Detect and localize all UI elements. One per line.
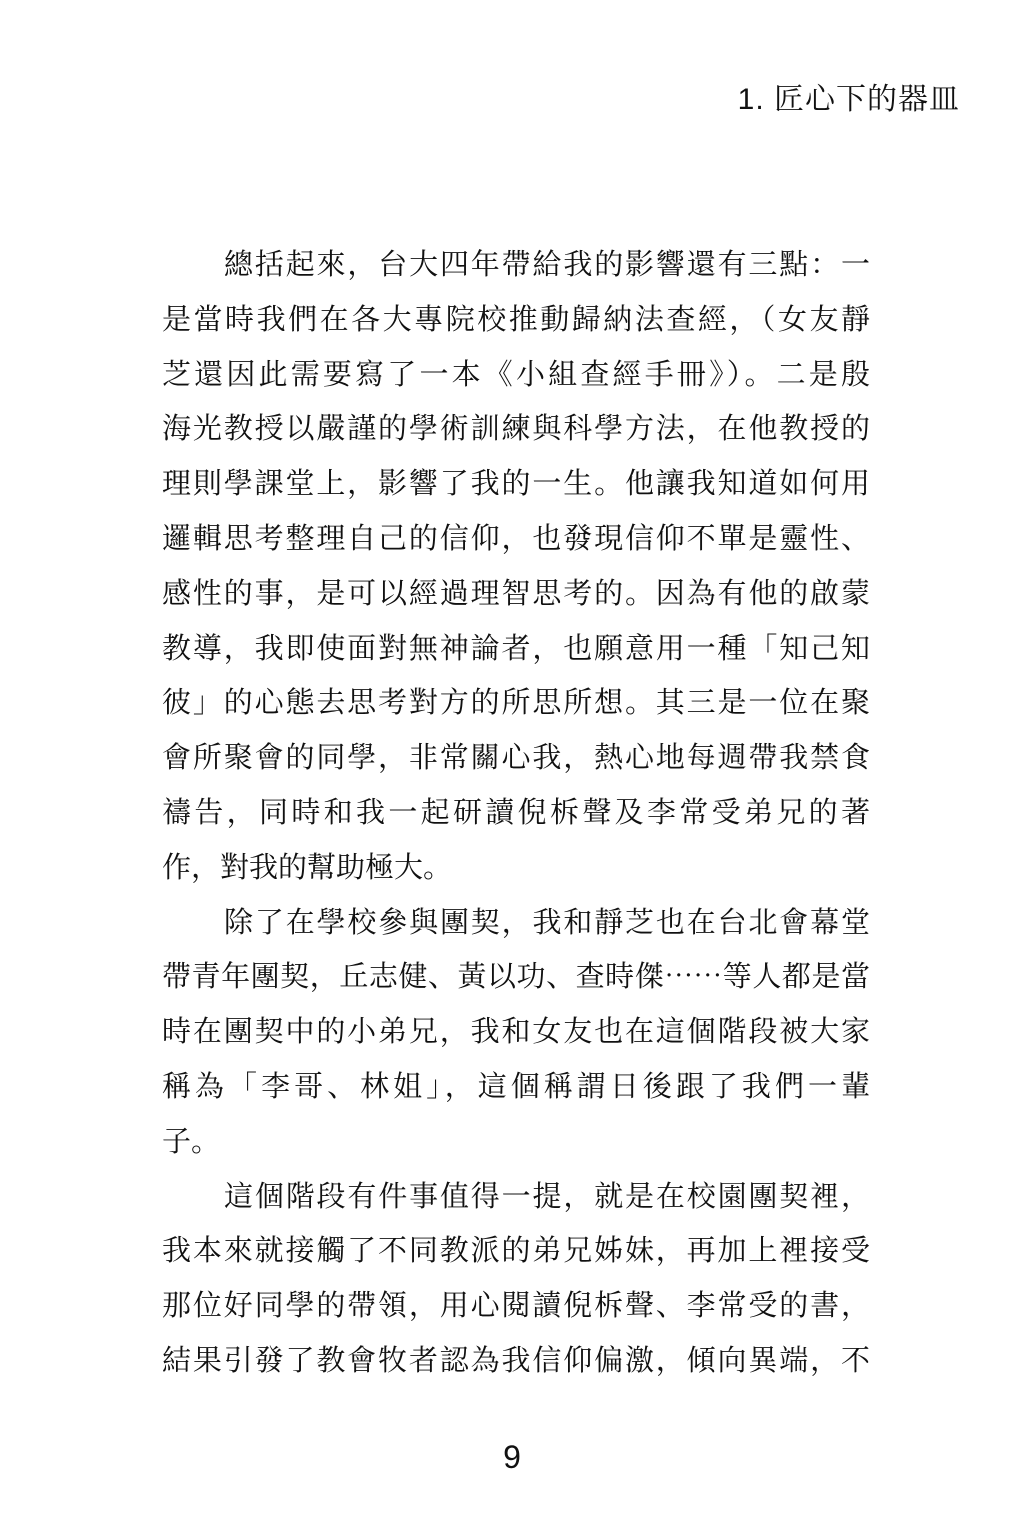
chapter-running-head: 1. 匠心下的器皿: [738, 84, 960, 116]
text-line: 海光教授以嚴謹的學術訓練與科學方法，在他教授的: [162, 402, 870, 457]
text-line: 作，對我的幫助極大。: [162, 841, 870, 896]
text-line: 芝還因此需要寫了一本《小組查經手冊》）。二是殷: [162, 348, 870, 403]
text-line: 邏輯思考整理自己的信仰，也發現信仰不單是靈性、: [162, 512, 870, 567]
text-line: 禱告，同時和我一起研讀倪柝聲及李常受弟兄的著: [162, 786, 870, 841]
text-line: 理則學課堂上，影響了我的一生。他讓我知道如何用: [162, 457, 870, 512]
text-line: 時在團契中的小弟兄，我和女友也在這個階段被大家: [162, 1005, 870, 1060]
text-line: 那位好同學的帶領，用心閱讀倪柝聲、李常受的書，: [162, 1279, 870, 1334]
paragraph: 總括起來，台大四年帶給我的影響還有三點：一 是當時我們在各大專院校推動歸納法查經…: [162, 238, 870, 896]
text-line: 這個階段有件事值得一提，就是在校園團契裡，: [162, 1170, 870, 1225]
text-line: 子。: [162, 1115, 870, 1170]
text-line: 教導，我即使面對無神論者，也願意用一種「知己知: [162, 622, 870, 677]
text-line: 帶青年團契，丘志健、黃以功、查時傑⋯⋯等人都是當: [162, 950, 870, 1005]
paragraph: 除了在學校參與團契，我和靜芝也在台北會幕堂 帶青年團契，丘志健、黃以功、查時傑⋯…: [162, 896, 870, 1170]
body-text: 總括起來，台大四年帶給我的影響還有三點：一 是當時我們在各大專院校推動歸納法查經…: [162, 238, 870, 1389]
page-number: 9: [0, 1440, 1024, 1474]
text-line: 結果引發了教會牧者認為我信仰偏激，傾向異端，不: [162, 1334, 870, 1389]
paragraph: 這個階段有件事值得一提，就是在校園團契裡， 我本來就接觸了不同教派的弟兄姊妹，再…: [162, 1170, 870, 1389]
book-page: 1. 匠心下的器皿 總括起來，台大四年帶給我的影響還有三點：一 是當時我們在各大…: [0, 0, 1024, 1538]
text-line: 除了在學校參與團契，我和靜芝也在台北會幕堂: [162, 896, 870, 951]
text-line: 是當時我們在各大專院校推動歸納法查經，（女友靜: [162, 293, 870, 348]
text-line: 感性的事，是可以經過理智思考的。因為有他的啟蒙: [162, 567, 870, 622]
text-line: 稱為「李哥、林姐」，這個稱謂日後跟了我們一輩: [162, 1060, 870, 1115]
text-line: 會所聚會的同學，非常關心我，熱心地每週帶我禁食: [162, 731, 870, 786]
text-line: 我本來就接觸了不同教派的弟兄姊妹，再加上裡接受: [162, 1224, 870, 1279]
text-line: 總括起來，台大四年帶給我的影響還有三點：一: [162, 238, 870, 293]
text-line: 彼」的心態去思考對方的所思所想。其三是一位在聚: [162, 676, 870, 731]
